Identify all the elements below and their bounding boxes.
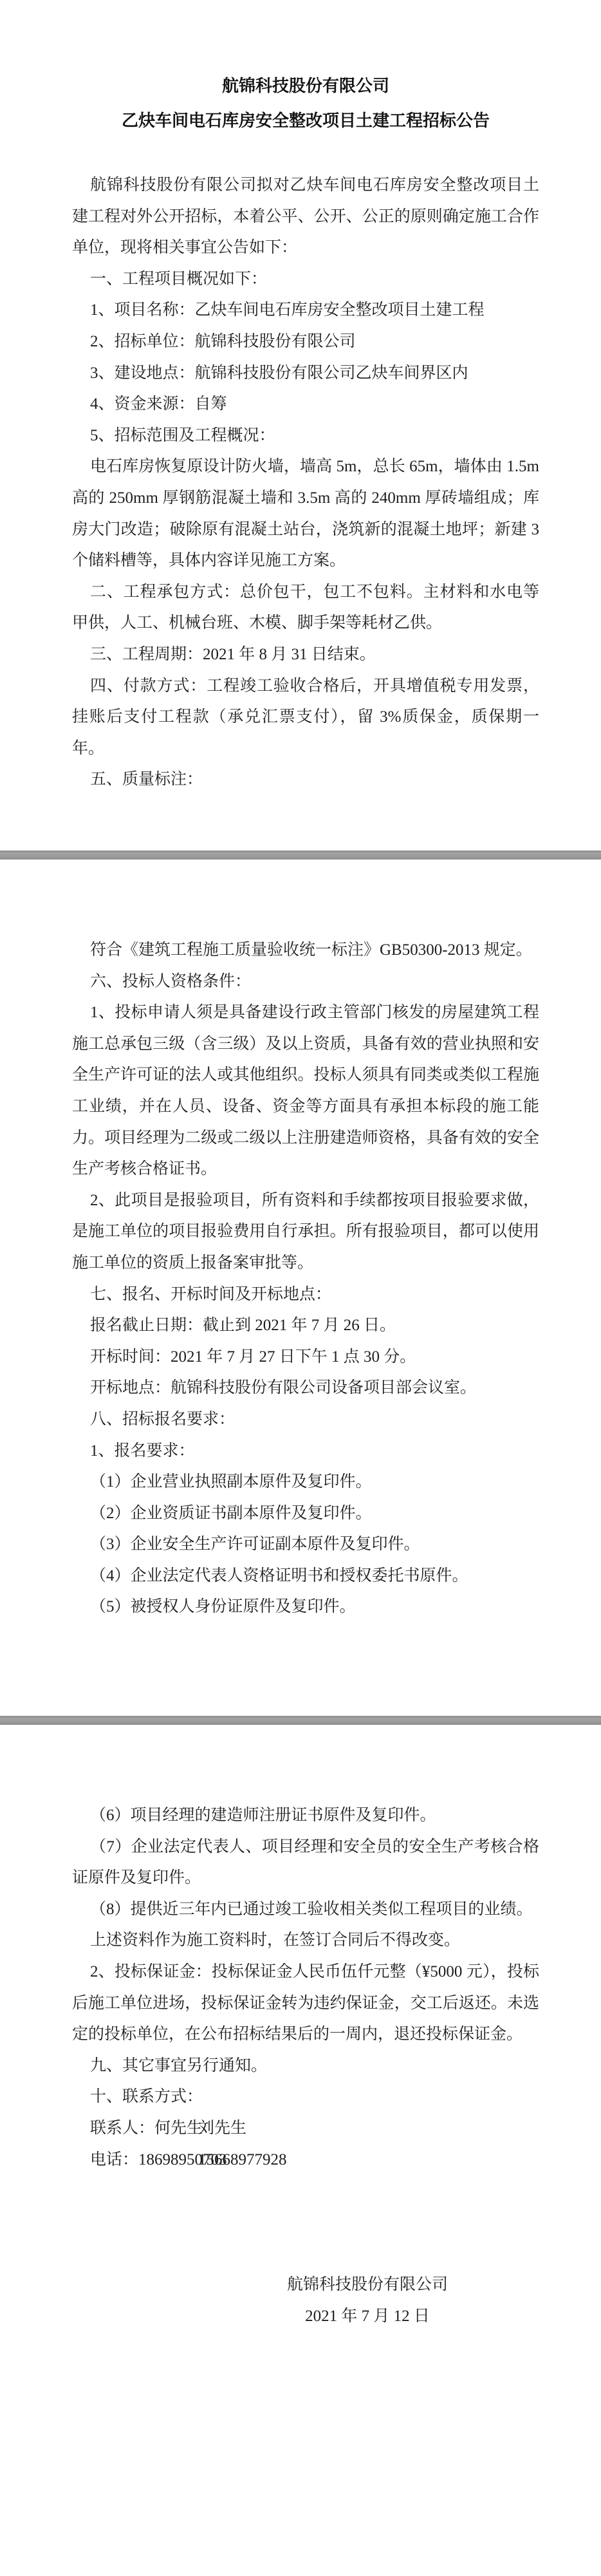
doc-paragraph: 六、投标人资格条件： bbox=[72, 966, 539, 998]
doc-paragraph: 十、联系方式： bbox=[72, 2082, 539, 2113]
doc-paragraph: 2、投标保证金：投标保证金人民币伍仟元整（¥5000 元），投标后施工单位进场，… bbox=[72, 1957, 539, 2051]
doc-paragraph: 开标地点：航锦科技股份有限公司设备项目部会议室。 bbox=[72, 1373, 539, 1404]
doc-paragraph: （8）提供近三年内已通过竣工验收相关类似工程项目的业绩。 bbox=[72, 1894, 539, 1926]
doc-paragraph: 航锦科技股份有限公司拟对乙炔车间电石库房安全整改项目土建工程对外公开招标，本着公… bbox=[72, 170, 539, 264]
doc-paragraph: 2、招标单位：航锦科技股份有限公司 bbox=[72, 326, 539, 358]
doc-paragraph: 1、项目名称：乙炔车间电石库房安全整改项目土建工程 bbox=[72, 295, 539, 326]
doc-paragraph: （1）企业营业执照副本原件及复印件。 bbox=[72, 1467, 539, 1498]
doc-paragraph: （3）企业安全生产许可证副本原件及复印件。 bbox=[72, 1529, 539, 1561]
doc-paragraph: 5、招标范围及工程概况： bbox=[72, 420, 539, 452]
signature-date: 2021 年 7 月 12 日 bbox=[287, 2301, 448, 2333]
page-1: 航锦科技股份有限公司乙炔车间电石库房安全整改项目土建工程招标公告航锦科技股份有限… bbox=[0, 0, 601, 851]
doc-paragraph: 1、投标申请人须是具备建设行政主管部门核发的房屋建筑工程施工总承包三级（含三级）… bbox=[72, 997, 539, 1185]
page-divider-1 bbox=[0, 851, 601, 860]
doc-paragraph: （2）企业资质证书副本原件及复印件。 bbox=[72, 1498, 539, 1530]
doc-title: 乙炔车间电石库房安全整改项目土建工程招标公告 bbox=[72, 104, 539, 138]
doc-paragraph: 报名截止日期：截止到 2021 年 7 月 26 日。 bbox=[72, 1310, 539, 1342]
contact-col-1: 联系人：何先生 bbox=[90, 2120, 203, 2137]
contact-row: 联系人：何先生刘先生 bbox=[72, 2113, 539, 2145]
doc-title: 航锦科技股份有限公司 bbox=[72, 69, 539, 104]
signature-company: 航锦科技股份有限公司 bbox=[287, 2270, 448, 2301]
contact-row: 电话：1869895070315668977928 bbox=[72, 2145, 539, 2176]
doc-paragraph: 七、报名、开标时间及开标地点： bbox=[72, 1279, 539, 1311]
page-2: 符合《建筑工程施工质量验收统一标注》GB50300-2013 规定。六、投标人资… bbox=[0, 860, 601, 1716]
doc-paragraph: 3、建设地点：航锦科技股份有限公司乙炔车间界区内 bbox=[72, 358, 539, 390]
doc-paragraph: 三、工程周期：2021 年 8 月 31 日结束。 bbox=[72, 639, 539, 671]
signature-block: 航锦科技股份有限公司2021 年 7 月 12 日 bbox=[287, 2270, 448, 2332]
contact-col-2: 刘先生 bbox=[198, 2113, 246, 2145]
doc-paragraph: 五、质量标注： bbox=[72, 764, 539, 796]
document-viewer: 航锦科技股份有限公司乙炔车间电石库房安全整改项目土建工程招标公告航锦科技股份有限… bbox=[0, 0, 601, 2576]
doc-paragraph: 一、工程项目概况如下： bbox=[72, 264, 539, 296]
doc-paragraph: 九、其它事宜另行通知。 bbox=[72, 2051, 539, 2082]
doc-paragraph: 4、资金来源：自筹 bbox=[72, 389, 539, 420]
doc-paragraph: 上述资料作为施工资料时，在签订合同后不得改变。 bbox=[72, 1925, 539, 1957]
doc-paragraph: 电石库房恢复原设计防火墙，墙高 5m，总长 65m，墙体由 1.5m 高的 25… bbox=[72, 451, 539, 576]
contact-col-2: 15668977928 bbox=[198, 2145, 287, 2176]
doc-paragraph: 二、工程承包方式：总价包干，包工不包料。主材料和水电等甲供，人工、机械台班、木模… bbox=[72, 577, 539, 639]
doc-paragraph: （7）企业法定代表人、项目经理和安全员的安全生产考核合格证原件及复印件。 bbox=[72, 1832, 539, 1894]
page-3: （6）项目经理的建造师注册证书原件及复印件。（7）企业法定代表人、项目经理和安全… bbox=[0, 1725, 601, 2576]
doc-paragraph: 八、招标报名要求： bbox=[72, 1404, 539, 1436]
doc-paragraph: （4）企业法定代表人资格证明书和授权委托书原件。 bbox=[72, 1561, 539, 1592]
doc-paragraph: （5）被授权人身份证原件及复印件。 bbox=[72, 1592, 539, 1623]
doc-paragraph: 1、报名要求： bbox=[72, 1436, 539, 1467]
doc-paragraph: 四、付款方式：工程竣工验收合格后，开具增值税专用发票，挂账后支付工程款（承兑汇票… bbox=[72, 671, 539, 765]
doc-paragraph: 开标时间：2021 年 7 月 27 日下午 1 点 30 分。 bbox=[72, 1342, 539, 1373]
doc-paragraph: 符合《建筑工程施工质量验收统一标注》GB50300-2013 规定。 bbox=[72, 935, 539, 966]
doc-paragraph: 2、此项目是报验项目，所有资料和手续都按项目报验要求做，是施工单位的项目报验费用… bbox=[72, 1185, 539, 1279]
page-divider-2 bbox=[0, 1716, 601, 1725]
doc-paragraph: （6）项目经理的建造师注册证书原件及复印件。 bbox=[72, 1800, 539, 1832]
